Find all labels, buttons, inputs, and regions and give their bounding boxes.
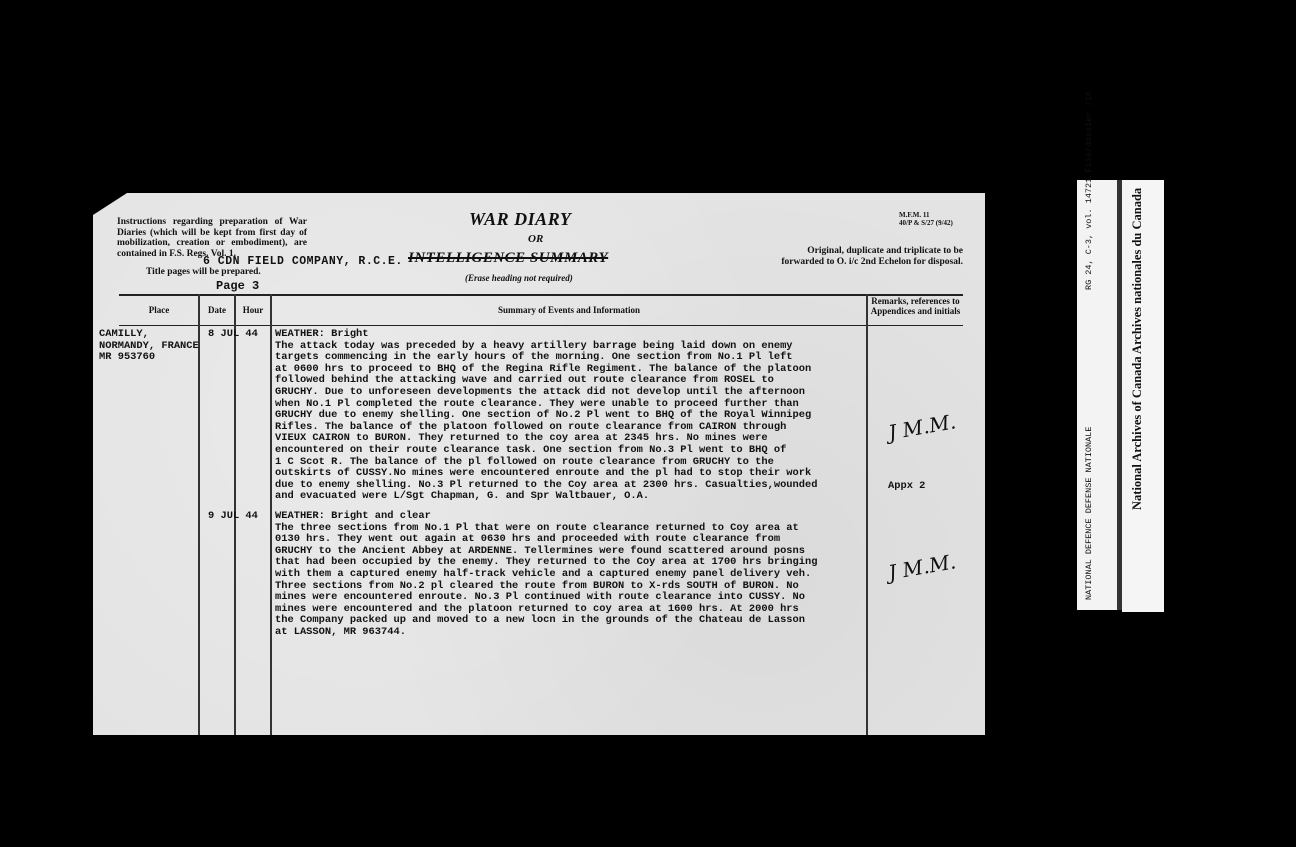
entry-date: 9 JUL 44 xyxy=(208,511,258,523)
form-number: M.F.M. 11 40/P & S/27 (9/42) xyxy=(899,211,953,227)
header-remarks: Remarks, references to Appendices and in… xyxy=(868,296,963,316)
title-pages-note: Title pages will be prepared. xyxy=(146,267,261,277)
instructions-text: Instructions regarding preparation of Wa… xyxy=(117,217,307,259)
form-title: WAR DIARY xyxy=(469,209,571,230)
entry-remarks: Appx 2 xyxy=(888,481,925,493)
header-hour: Hour xyxy=(235,305,271,315)
entry-date: 8 JUL 44 xyxy=(208,329,258,341)
header-date: Date xyxy=(199,305,235,315)
form-or: OR xyxy=(528,233,543,245)
archive-reference: RG 24, C-3, vol. 14721 File/dossier 716 xyxy=(1085,91,1095,290)
initials-signature: J M.M. xyxy=(886,549,957,584)
erase-note: (Erase heading not required) xyxy=(465,273,573,283)
summary-remarks-divider xyxy=(866,294,868,735)
archives-label: National Archives of Canada Archives nat… xyxy=(1130,188,1144,510)
struck-heading: INTELLIGENCE SUMMARY xyxy=(408,250,608,267)
table-top-rule xyxy=(119,294,963,296)
distribution-note: Original, duplicate and triplicate to be… xyxy=(771,246,963,267)
archives-strip: National Archives of Canada Archives nat… xyxy=(1122,180,1164,612)
initials-signature: J M.M. xyxy=(886,409,957,444)
entry-summary: WEATHER: Bright and clear The three sect… xyxy=(275,511,817,639)
header-place: Place xyxy=(119,305,199,315)
war-diary-page: Instructions regarding preparation of Wa… xyxy=(93,193,985,735)
form-number-2: 40/P & S/27 (9/42) xyxy=(899,219,953,227)
department-label: NATIONAL DEFENCE DEFENSE NATIONALE xyxy=(1085,427,1095,600)
entry-summary: WEATHER: Bright The attack today was pre… xyxy=(275,329,817,503)
page-number: Page 3 xyxy=(216,279,259,293)
hour-summary-divider xyxy=(270,294,272,735)
folded-corner xyxy=(93,193,127,215)
header-summary: Summary of Events and Information xyxy=(271,305,867,315)
form-number-1: M.F.M. 11 xyxy=(899,211,953,219)
header-bottom-rule xyxy=(119,325,963,326)
archive-reference-strip: RG 24, C-3, vol. 14721 File/dossier 716 … xyxy=(1077,180,1117,610)
entry-place: CAMILLY, NORMANDY, FRANCE MR 953760 xyxy=(99,329,199,364)
